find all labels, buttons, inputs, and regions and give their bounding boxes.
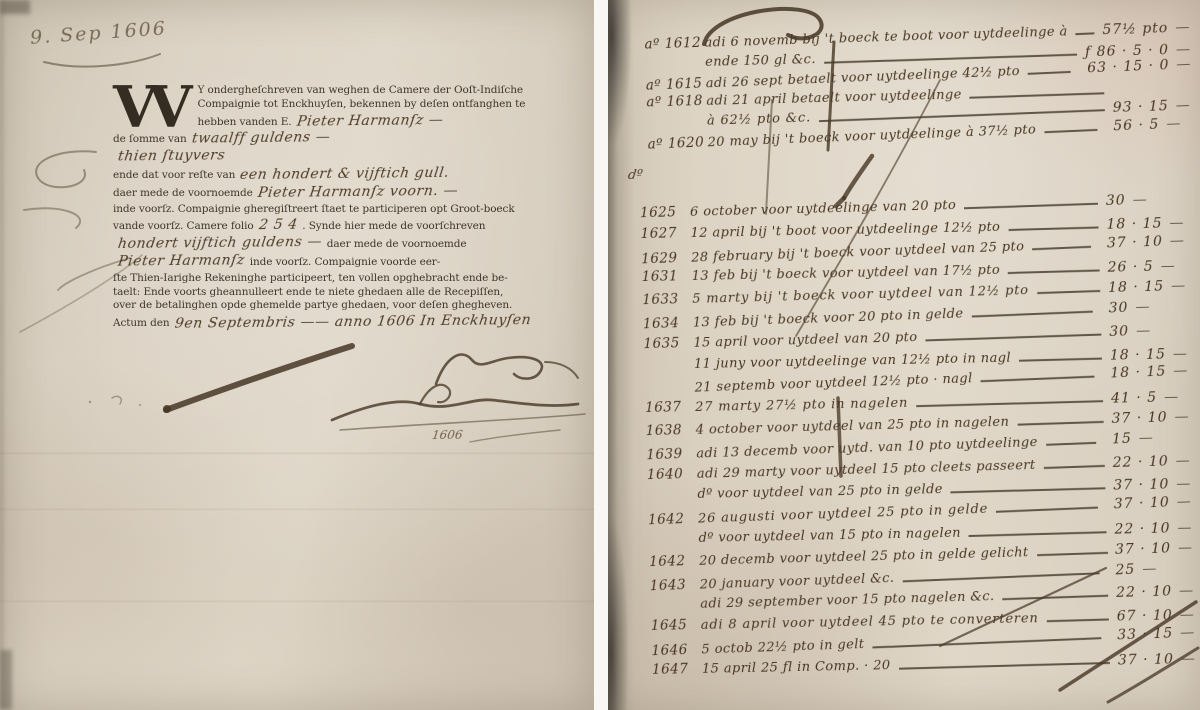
handwritten-insert: Pieter Harmanſz — — [291, 114, 449, 129]
print-line: thien ſtuyvers — [113, 150, 543, 165]
entry-amount: 25 — [1115, 559, 1195, 578]
entry-year — [649, 542, 699, 543]
print-text: de ſomme van — [113, 133, 187, 145]
ink-dash — [1019, 357, 1102, 361]
corner-date: 9. Sep 1606 — [29, 17, 167, 49]
entry-year: 1639 — [646, 445, 697, 463]
entry-year: 1625 — [640, 204, 690, 221]
entry-amount: 18 · 15 — [1110, 363, 1190, 382]
ink-dash — [1037, 290, 1100, 294]
entry-year — [645, 392, 695, 394]
scan-edge-artifact — [0, 0, 30, 14]
print-line: Actum den9en Septembris —— anno 1606 In … — [113, 316, 543, 331]
print-text: inde voorſz. Compaignie voorde eer- — [250, 256, 441, 268]
handwritten-insert: Pieter Harmanſz — [112, 254, 251, 269]
handwritten-insert: thien ſtuyvers — [112, 150, 231, 165]
handwritten-insert: twaalff guldens — — [186, 132, 336, 147]
entry-year: 1638 — [646, 422, 696, 439]
stray-mark: dº — [627, 168, 643, 183]
entry-text: 6 october voor uytdeelinge van 20 pto — [690, 198, 957, 220]
entry-year: 1640 — [647, 465, 697, 482]
ink-dash — [970, 92, 1105, 98]
ink-dash — [1046, 442, 1096, 446]
entry-amount: 22 · 10 — [1113, 452, 1193, 470]
ink-dash — [902, 572, 1099, 582]
ink-dash — [1003, 595, 1109, 601]
entry-amount: 93 · 15 — [1113, 97, 1193, 116]
manuscript-scan: 9. Sep 1606 VV Y ondergheſchreven van we… — [0, 0, 1200, 710]
entry-amount — [1112, 92, 1192, 94]
entry-year: 1646 — [651, 641, 702, 659]
entry-year: 1642 — [648, 511, 699, 529]
ink-dash — [1028, 71, 1071, 75]
entry-year: 1627 — [640, 225, 690, 242]
scan-edge-artifact — [0, 650, 12, 710]
handwritten-insert: hondert vijftich guldens — — [112, 236, 328, 252]
entry-year: 1637 — [645, 399, 695, 416]
entry-amount: 63 · 15 · 0 — [1087, 56, 1192, 76]
print-line: daer mede de voornoemdePieter Harmanſz v… — [113, 186, 543, 201]
entry-year — [650, 608, 700, 609]
entry-year: 1635 — [643, 335, 693, 352]
entry-year: 1629 — [641, 249, 692, 267]
ink-dash — [1044, 128, 1097, 132]
entry-year — [648, 498, 698, 499]
entry-amount: 37 · 10 — [1115, 540, 1195, 558]
print-text: taelt: Ende voorts gheannulleert ende te… — [113, 286, 503, 298]
entry-amount: 18 · 15 — [1106, 215, 1186, 233]
entry-amount: 57½ pto — [1102, 19, 1190, 38]
ink-dash — [1017, 421, 1103, 426]
entry-text: 20 january voor uytdeel &c. — [700, 570, 895, 592]
entry-year: 1633 — [642, 291, 692, 308]
ink-dash — [972, 311, 1093, 318]
ink-dash — [1008, 270, 1100, 274]
print-text: Compaignie tot Enckhuyſen, bekennen by d… — [197, 98, 525, 110]
print-text: ende dat voor reſte van — [113, 169, 235, 181]
entry-year: aº 1618 — [646, 92, 706, 110]
entry-year: 1645 — [651, 617, 701, 634]
print-line: vande voorſz. Camere folio2 5 4. Synde h… — [113, 219, 543, 234]
entry-amount: 37 · 10 — [1107, 232, 1187, 251]
print-text: hebben vanden E. — [197, 116, 291, 128]
print-text: Y ondergheſchreven van weghen de Camere … — [197, 84, 523, 96]
print-line: Pieter Harmanſzinde voorſz. Compaignie v… — [113, 255, 543, 270]
ink-dash — [1076, 32, 1095, 35]
signature-year: 1606 — [431, 428, 463, 442]
entry-text: 5 octob 22½ pto in gelt — [701, 637, 864, 658]
print-line: de ſomme vantwaalff guldens — — [113, 132, 543, 147]
entry-amount: 37 · 10 — [1113, 476, 1193, 494]
entry-year — [644, 368, 694, 369]
entry-amount: 15 — [1112, 428, 1192, 447]
ink-dash — [996, 507, 1098, 513]
print-text: daer mede de voornoemde — [113, 187, 253, 199]
print-text: vande voorſz. Camere folio — [113, 220, 254, 232]
entry-year: aº 1620 — [647, 134, 708, 152]
entry-amount: 33 · 15 — [1117, 625, 1197, 644]
ink-dash — [951, 488, 1106, 494]
entry-text: 15 april voor uytdeel van 20 pto — [693, 330, 917, 351]
entry-text: ende 150 gl &c. — [705, 52, 816, 70]
ink-dash — [1037, 552, 1108, 556]
entry-amount: 26 · 5 — [1107, 258, 1187, 276]
print-line: hondert vijftich guldens —daer mede de v… — [113, 237, 543, 252]
handwritten-insert: een hondert & vijftich gull. — [234, 167, 455, 183]
ink-dash — [1047, 619, 1109, 623]
entry-year: 1634 — [643, 315, 694, 333]
ink-dash — [964, 203, 1098, 209]
entry-amount: 30 — [1109, 322, 1189, 340]
entry-year: aº 1612 — [644, 35, 704, 53]
ink-dash — [899, 662, 1110, 670]
print-text: Actum den — [113, 317, 170, 329]
entry-amount: 18 · 15 — [1110, 346, 1190, 364]
entry-amount: 67 · 10 — [1117, 607, 1197, 625]
handwritten-insert: 2 5 4 — [253, 219, 303, 233]
handwritten-insert: 9en Septembris —— anno 1606 In Enckhuyſe… — [168, 314, 536, 332]
entry-text: dº voor uytdeel van 25 pto in gelde — [697, 482, 943, 502]
drop-cap: VV — [113, 84, 197, 130]
ink-dash — [873, 637, 1102, 648]
entry-amount: 37 · 10 — [1118, 651, 1198, 669]
entry-amount: 22 · 10 — [1114, 520, 1194, 538]
print-text: ſte Thien-Iarighe Rekeninghe participeer… — [113, 272, 508, 284]
print-line: taelt: Ende voorts gheannulleert ende te… — [113, 286, 543, 300]
entry-text: dº voor uytdeel van 15 pto in nagelen — [698, 526, 961, 546]
ink-dash — [1008, 226, 1098, 230]
page-gap — [594, 0, 608, 710]
entry-amount: 30 — [1108, 298, 1188, 317]
entry-text: 15 april 25 ƒl in Comp. · 20 — [702, 658, 891, 677]
entry-text: 27 marty 27½ pto in nagelen — [695, 396, 908, 415]
print-line: ſte Thien-Iarighe Rekeninghe participeer… — [113, 272, 543, 286]
entry-text: 13 feb bij 't boeck voor uytdeel van 17½… — [692, 263, 1001, 284]
ink-dash — [1044, 464, 1105, 468]
print-text: inde voorſz. Compaignie gheregiſtreert ſ… — [113, 203, 515, 215]
ink-dash — [981, 376, 1095, 383]
entry-year: 1631 — [642, 268, 692, 285]
entry-amount: 30 — [1106, 191, 1186, 209]
entry-year — [645, 65, 705, 67]
print-line: over de betalinghen opde ghemelde partye… — [113, 299, 543, 313]
entry-year: aº 1615 — [646, 75, 707, 93]
entry-amount: 22 · 10 — [1116, 583, 1196, 601]
entry-amount: 18 · 15 — [1108, 278, 1188, 296]
ink-dash — [916, 400, 1103, 407]
dividend-ledger-top: aº 1612 adi 6 novemb bij 't boeck te boo… — [644, 19, 1193, 153]
entry-year: 1642 — [649, 553, 699, 570]
entry-amount: 56 · 5 — [1113, 115, 1194, 134]
entry-amount: 37 · 10 — [1114, 494, 1194, 513]
entry-amount: 41 · 5 — [1111, 389, 1191, 407]
right-page: aº 1612 adi 6 novemb bij 't boeck te boo… — [608, 0, 1200, 710]
ink-dash — [969, 531, 1107, 537]
printed-receipt-text: VV Y ondergheſchreven van weghen de Came… — [113, 84, 543, 333]
print-text: daer mede de voornoemde — [327, 238, 467, 250]
scan-edge-artifact — [0, 0, 4, 710]
left-page: 9. Sep 1606 VV Y ondergheſchreven van we… — [0, 0, 594, 710]
ink-dash — [926, 333, 1102, 341]
entry-text: à 62½ pto &c. — [707, 110, 811, 128]
print-text: . Synde hier mede de voorſchreven — [302, 220, 485, 232]
entry-year: 1647 — [652, 661, 702, 678]
ink-dash — [1032, 245, 1091, 249]
print-line: ende dat voor reſte vaneen hondert & vij… — [113, 168, 543, 183]
print-text: over de betalinghen opde ghemelde partye… — [113, 299, 512, 311]
entry-amount: 37 · 10 — [1111, 409, 1191, 427]
entry-year: 1643 — [649, 576, 700, 594]
entry-year — [647, 125, 707, 127]
handwritten-insert: Pieter Harmanſz voorn. — — [252, 185, 464, 201]
print-line: inde voorſz. Compaignie gheregiſtreert ſ… — [113, 203, 543, 217]
dividend-ledger-main: 1625 6 october voor uytdeelinge van 20 p… — [640, 191, 1198, 685]
